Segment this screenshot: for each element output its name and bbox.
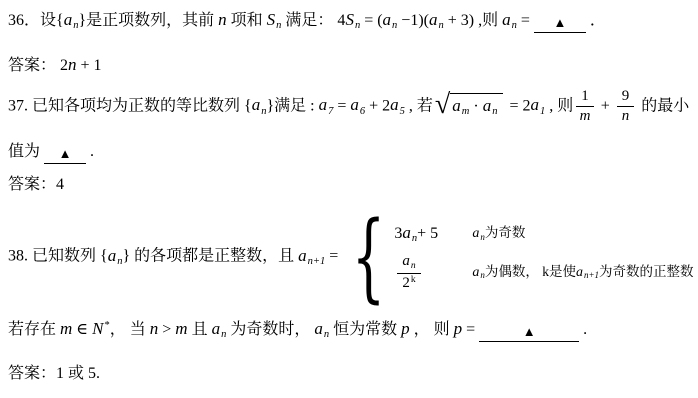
math-variable: an — [502, 10, 517, 29]
math-variable: n — [150, 319, 159, 338]
math-variable: m — [175, 319, 187, 338]
text-run: · — [469, 98, 482, 115]
text-run: ∈ — [72, 321, 92, 338]
math-variable: an — [429, 10, 444, 29]
problem-38-condition-line: 若存在 m ∈ N*， 当 n > m 且 an 为奇数时， an 恒为常数 p… — [8, 318, 587, 342]
math-variable: an — [64, 10, 79, 29]
text-run: 为奇数时， — [226, 321, 314, 338]
case-condition: an为奇数 — [472, 224, 525, 244]
case-expression: an2k — [394, 253, 472, 292]
fraction: 9n — [617, 88, 635, 126]
text-run: = — [517, 12, 534, 29]
fraction-denominator: 2k — [402, 274, 415, 292]
math-variable: n — [622, 108, 630, 124]
text-run: ， 当 — [110, 321, 150, 338]
text-run: { — [56, 12, 64, 29]
text-run: = — [462, 321, 479, 338]
text-run: = — [325, 248, 342, 265]
text-run: 答案： 2 — [8, 57, 68, 74]
answer-blank: ▲ — [534, 15, 586, 33]
text-run: 1 — [581, 88, 589, 104]
answer-blank: ▲ — [44, 146, 86, 164]
text-run: 且 — [188, 321, 212, 338]
math-variable: an — [314, 319, 329, 338]
math-variable: N — [92, 319, 103, 338]
text-run: −1)( — [397, 12, 429, 29]
piecewise-cases: {3an + 5an为奇数an2kan为偶数， k是使an+1为奇数的正整数 — [345, 213, 693, 301]
math-worksheet-page: { "page": { "background": "#ffffff", "te… — [0, 0, 698, 398]
text-run: 的最小 — [637, 97, 689, 114]
text-run: 答案：4 — [8, 176, 64, 193]
fraction-numerator: 1 — [576, 88, 594, 107]
math-variable: an — [472, 265, 485, 280]
text-run: = ( — [360, 12, 382, 29]
math-variable: an — [483, 96, 498, 115]
text-run: + — [597, 97, 614, 114]
math-variable: a6 — [350, 95, 365, 114]
math-variable: p — [454, 319, 463, 338]
text-run: } 的各项都是正整数，且 — [122, 248, 298, 265]
cases-row: an2kan为偶数， k是使an+1为奇数的正整数 — [394, 253, 693, 292]
radical: √am · an — [435, 93, 504, 121]
math-subscript: n+1 — [584, 270, 599, 280]
cases-rows: 3an + 5an为奇数an2kan为偶数， k是使an+1为奇数的正整数 — [394, 222, 693, 293]
text-run: }满足 : — [266, 97, 318, 114]
text-run: 3 — [394, 223, 402, 245]
text-run: ,则 — [474, 12, 502, 29]
text-run: + 1 — [77, 57, 102, 74]
math-variable: an — [212, 319, 227, 338]
problem-37-statement-line2: 值为 ▲ . — [8, 141, 94, 164]
problem-38-statement: 38. 已知数列 {an} 的各项都是正整数，且 an+1 = {3an + 5… — [8, 213, 694, 301]
text-run: . — [579, 321, 587, 338]
text-run: 2 — [402, 275, 410, 291]
text-run: 38. 已知数列 { — [8, 248, 108, 265]
fraction: an2k — [397, 253, 420, 292]
text-run: . — [86, 143, 94, 160]
math-variable: m — [580, 108, 591, 124]
text-run: > — [158, 321, 175, 338]
problem-38-answer: 答案：1 或 5. — [8, 363, 100, 385]
math-subscript: n — [411, 261, 416, 271]
text-run: 值为 — [8, 143, 44, 160]
text-run: + 5 — [417, 223, 438, 245]
text-run: 36．设 — [8, 12, 56, 29]
math-variable: an+1 — [298, 246, 325, 265]
problem-37-answer: 答案：4 — [8, 174, 64, 196]
math-variable: an — [108, 246, 123, 265]
text-run: , 若 — [405, 97, 433, 114]
math-variable: an — [402, 222, 417, 246]
text-run: = — [333, 97, 350, 114]
text-run: 满足： 4 — [281, 12, 345, 29]
text-run: = 2 — [505, 97, 530, 114]
math-variable: a5 — [390, 95, 405, 114]
fraction: 1m — [576, 88, 594, 126]
radical-sign-icon: √ — [435, 91, 450, 119]
problem-36-statement: 36．设{an}是正项数列，其前 n 项和 Sn 满足： 4Sn = (an −… — [8, 9, 606, 33]
text-run: 为偶数， k是使 — [485, 264, 576, 279]
math-variable: am — [452, 96, 469, 115]
text-run: 是正项数列，其前 — [86, 12, 218, 29]
text-run: 为奇数 — [485, 225, 526, 240]
math-variable: an — [402, 253, 415, 269]
fraction-numerator: 9 — [617, 88, 635, 107]
math-variable: an — [252, 95, 267, 114]
text-run: , 则 — [545, 97, 573, 114]
math-variable: m — [60, 319, 72, 338]
math-variable: n — [218, 10, 227, 29]
math-variable: p — [401, 319, 410, 338]
math-subscript: n+1 — [308, 256, 326, 267]
radicand: am · an — [450, 93, 503, 118]
case-condition: an为偶数， k是使an+1为奇数的正整数 — [472, 263, 693, 283]
answer-blank: ▲ — [479, 324, 579, 342]
math-variable: an+1 — [576, 265, 599, 280]
cases-brace-icon: { — [352, 213, 386, 301]
text-run: ． — [586, 12, 606, 29]
text-run: 答案：1 或 5. — [8, 365, 100, 382]
problem-37-statement-line1: 37. 已知各项均为正数的等比数列 {an}满足 : a7 = a6 + 2a5… — [8, 88, 689, 126]
math-variable: Sn — [345, 10, 360, 29]
fraction-denominator: m — [580, 107, 591, 125]
fraction-denominator: n — [622, 107, 630, 125]
text-run: + 2 — [365, 97, 390, 114]
math-variable: an — [472, 226, 485, 241]
text-run: ， 则 — [410, 321, 454, 338]
text-run: 恒为常数 — [329, 321, 401, 338]
text-run: 为奇数的正整数 — [599, 264, 694, 279]
case-expression: 3an + 5 — [394, 222, 472, 246]
math-variable: n — [68, 55, 77, 74]
math-variable: a1 — [530, 95, 545, 114]
text-run: 9 — [622, 88, 630, 104]
cases-row: 3an + 5an为奇数 — [394, 222, 693, 246]
math-variable: Sn — [267, 10, 282, 29]
math-variable: an — [383, 10, 398, 29]
text-run: 若存在 — [8, 321, 60, 338]
math-superscript: k — [411, 275, 416, 285]
math-variable: a7 — [319, 95, 334, 114]
math-subscript: n — [492, 106, 497, 117]
text-run: + 3) — [444, 12, 474, 29]
problem-36-answer: 答案： 2n + 1 — [8, 54, 102, 77]
text-run: 项和 — [227, 12, 267, 29]
text-run: 37. 已知各项均为正数的等比数列 { — [8, 97, 252, 114]
fraction-numerator: an — [397, 253, 420, 274]
text-run: } — [78, 12, 86, 29]
